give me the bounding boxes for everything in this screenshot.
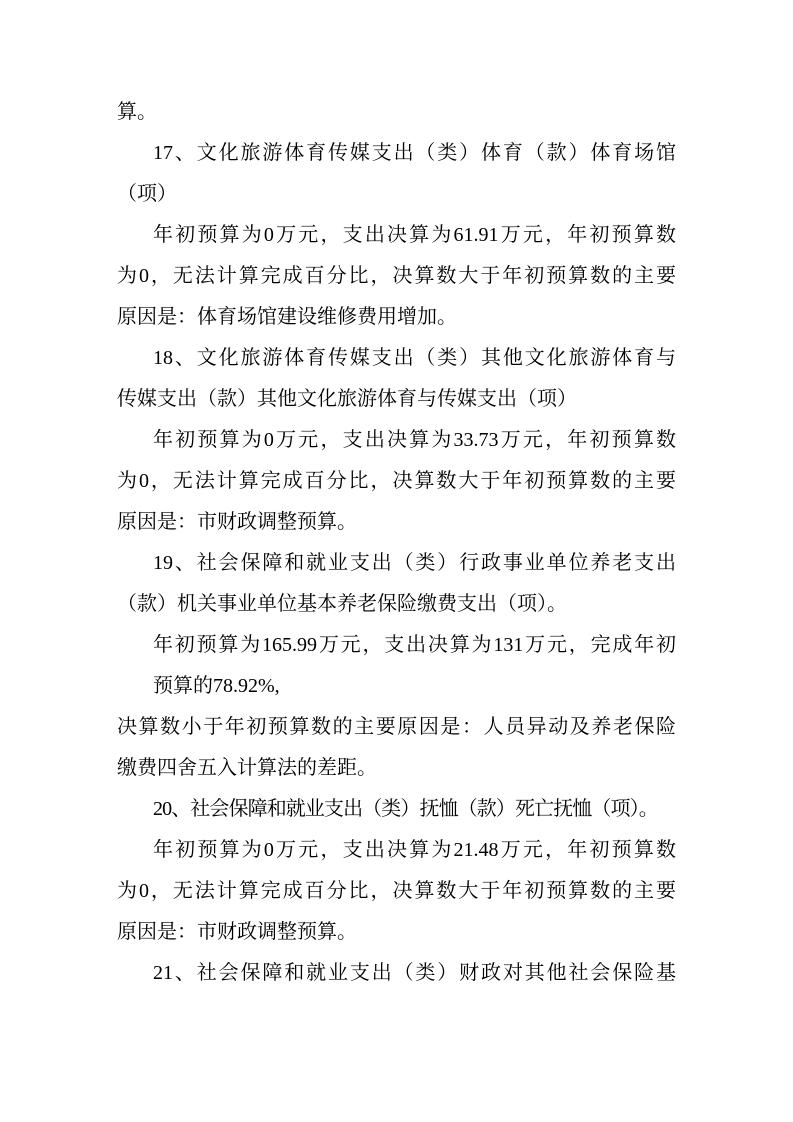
paragraph-continuation-line: 算。 <box>117 92 676 133</box>
item-19-heading-line-1: 19、社会保障和就业支出（类）行政事业单位养老支出 <box>117 543 676 584</box>
item-17-body-line-3: 原因是：体育场馆建设维修费用增加。 <box>117 297 676 338</box>
item-18-heading-line-1: 18、文化旅游体育传媒支出（类）其他文化旅游体育与 <box>117 338 676 379</box>
item-20-body-line-1: 年初预算为0万元，支出决算为21.48万元，年初预算数 <box>117 830 676 871</box>
item-19-body-line-2: 预算的78.92%, <box>117 666 676 707</box>
item-21-heading-line-1: 21、社会保障和就业支出（类）财政对其他社会保险基 <box>117 953 676 994</box>
item-17-body-line-1: 年初预算为0万元，支出决算为61.91万元，年初预算数 <box>117 215 676 256</box>
item-17-body-line-2: 为0，无法计算完成百分比，决算数大于年初预算数的主要 <box>117 256 676 297</box>
item-18-body-line-3: 原因是：市财政调整预算。 <box>117 502 676 543</box>
item-19-body-line-1: 年初预算为165.99万元，支出决算为131万元，完成年初 <box>117 625 676 666</box>
item-20-body-line-3: 原因是：市财政调整预算。 <box>117 912 676 953</box>
item-18-heading-line-2: 传媒支出（款）其他文化旅游体育与传媒支出（项） <box>117 379 676 420</box>
item-20-heading-line: 20、社会保障和就业支出（类）抚恤（款）死亡抚恤（项）。 <box>117 789 676 830</box>
item-20-body-line-2: 为0，无法计算完成百分比，决算数大于年初预算数的主要 <box>117 871 676 912</box>
item-17-heading-line-1: 17、文化旅游体育传媒支出（类）体育（款）体育场馆 <box>117 133 676 174</box>
item-17-heading-line-2: （项） <box>117 174 676 215</box>
item-19-body-line-4: 缴费四舍五入计算法的差距。 <box>117 748 676 789</box>
document-page: 算。 17、文化旅游体育传媒支出（类）体育（款）体育场馆 （项） 年初预算为0万… <box>0 0 793 1122</box>
item-18-body-line-1: 年初预算为0万元，支出决算为33.73万元，年初预算数 <box>117 420 676 461</box>
item-19-heading-line-2: （款）机关事业单位基本养老保险缴费支出（项）。 <box>117 584 676 625</box>
item-18-body-line-2: 为0，无法计算完成百分比，决算数大于年初预算数的主要 <box>117 461 676 502</box>
item-19-body-line-3: 决算数小于年初预算数的主要原因是：人员异动及养老保险 <box>117 707 676 748</box>
